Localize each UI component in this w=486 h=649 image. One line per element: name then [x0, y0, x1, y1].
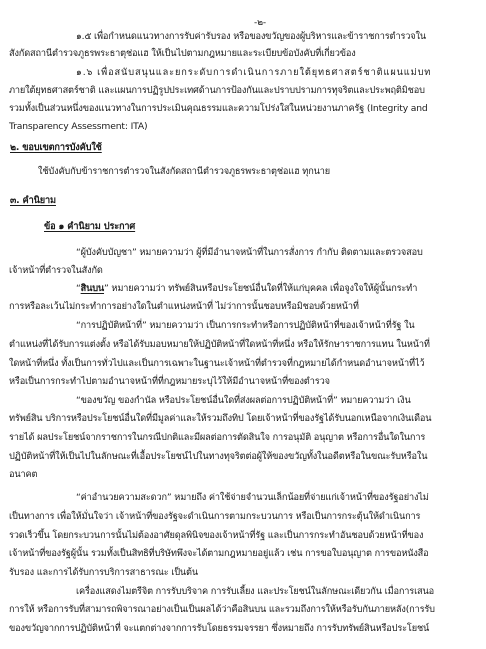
definition-facilitation-line3: รวดเร็วขึ้น โดยกระบวนการนั้นไม่ต้องอาศัย… — [9, 530, 423, 542]
objective-1-5-line2: สังกัดสถานีตำรวจภูธรพระธาตุช่อแฮ ให้เป็น… — [9, 48, 356, 60]
section-2-heading: ๒. ขอบเขตการบังคับใช้ — [10, 142, 102, 154]
definition-duty-line2: ตำแหน่งที่ได้รับการแต่งตั้ง หรือได้รับมอ… — [9, 339, 430, 351]
definition-duty-line1: “การปฏิบัติหน้าที่” หมายความว่า เป็นการก… — [76, 320, 415, 332]
definition-gift-line2: ทรัพย์สิน บริการหรือประโยชน์อื่นใดที่มีม… — [9, 413, 431, 425]
section-2-body: ใช้บังคับกับข้าราชการตำรวจในสังกัดสถานีต… — [38, 166, 330, 178]
definition-facilitation-line2: เป็นทางการ เพื่อให้มั่นใจว่า เจ้าหน้าที่… — [9, 511, 420, 523]
definition-facilitation-line1: “ค่าอำนวยความสะดวก” หมายถึง ค่าใช้จ่ายจำ… — [76, 492, 429, 504]
definition-text: หมายความว่า ผู้ที่มีอำนาจหน้าที่ในการสั่… — [137, 247, 423, 258]
objective-1-6-line4: Transparency Assessment: ITA) — [9, 121, 147, 133]
definition-supervisor-line2: เจ้าหน้าที่ตำรวจในสังกัด — [9, 265, 103, 277]
definition-gift-line1: “ของขวัญ ของกำนัล หรือประโยชน์อื่นใดที่ส… — [76, 395, 411, 407]
definition-text: หมายความว่า เป็นการกระทำหรือการปฏิบัติหน… — [147, 320, 415, 331]
definition-bribe-line2: การหรือละเว้นไม่กระทำการอย่างใดในตำแหน่ง… — [9, 301, 359, 313]
objective-1-6-line3: รวมทั้งเป็นส่วนหนึ่งของแนวทางในการประเมิ… — [9, 103, 428, 115]
goodwill-paragraph-line2: การให้ หรือการรับที่สามารถพิจารณาอย่างเป… — [9, 604, 435, 616]
definition-term: “ของขวัญ ของกำนัล หรือประโยชน์อื่นใดที่ส… — [76, 395, 338, 406]
goodwill-paragraph-line1: เครื่องแสดงไมตรีจิต การรับบริจาค การรับเ… — [76, 586, 434, 598]
section-3-subheading: ข้อ ๑ คำนิยาม ประกาศ — [44, 221, 135, 233]
definition-gift-line4: ปฏิบัติหน้าที่ให้เป็นไปในลักษณะที่เอื้อป… — [9, 451, 427, 463]
section-3-heading: ๓. คำนิยาม — [10, 195, 56, 207]
definition-supervisor-line1: “ผู้บังคับบัญชา” หมายความว่า ผู้ที่มีอำน… — [76, 247, 423, 259]
objective-1-5-line1: ๑.๕ เพื่อกำหนดแนวทางการรับค่ารับรอง หรือ… — [76, 31, 426, 43]
definition-bribe-line1: “สินบน” หมายความว่า ทรัพย์สินหรือประโยชน… — [76, 283, 417, 295]
definition-duty-line3: ใดหน้าที่หนึ่ง ทั้งเป็นการทั่วไปและเป็นก… — [9, 358, 424, 370]
definition-duty-line4: หรือเป็นการกระทำไปตามอำนาจหน้าที่ที่กฎหม… — [9, 376, 330, 388]
page-number: -๒- — [254, 17, 266, 29]
definition-facilitation-line5: รับรอง และการได้รับการบริการสาธารณะ เป็น… — [9, 567, 198, 579]
definition-gift-line3: รายได้ ผลประโยชน์จากราชการในกรณีปกติและม… — [9, 432, 425, 444]
document-page: -๒- ๑.๕ เพื่อกำหนดแนวทางการรับค่ารับรอง … — [0, 0, 486, 649]
definition-term: สินบน — [81, 283, 104, 294]
definition-term: “การปฏิบัติหน้าที่” — [76, 320, 147, 331]
goodwill-paragraph-line3: ของขวัญจากการปฏิบัติหน้าที่ จะแตกต่างจาก… — [9, 623, 429, 635]
definition-term: “ผู้บังคับบัญชา” — [76, 247, 137, 258]
definition-text: หมายถึง ค่าใช้จ่ายจำนวนเล็กน้อยที่จ่ายแก… — [172, 492, 429, 503]
objective-1-6-line2: ภายใต้ยุทธศาสตร์ชาติ และแผนการปฏิรูปประเ… — [9, 85, 425, 97]
definition-term: “ค่าอำนวยความสะดวก” — [76, 492, 172, 503]
definition-gift-line5: อนาคต — [9, 469, 37, 481]
definition-text: หมายความว่า เงิน — [338, 395, 411, 406]
definition-facilitation-line4: เจ้าหน้าที่ของรัฐผู้นั้น รวมทั้งเป็นสิทธ… — [9, 548, 429, 560]
objective-1-6-line1: ๑.๖ เพื่อสนับสนุนและยกระดับการดำเนินการภ… — [76, 67, 431, 79]
definition-text: หมายความว่า ทรัพย์สินหรือประโยชน์อื่นใดท… — [109, 283, 418, 294]
